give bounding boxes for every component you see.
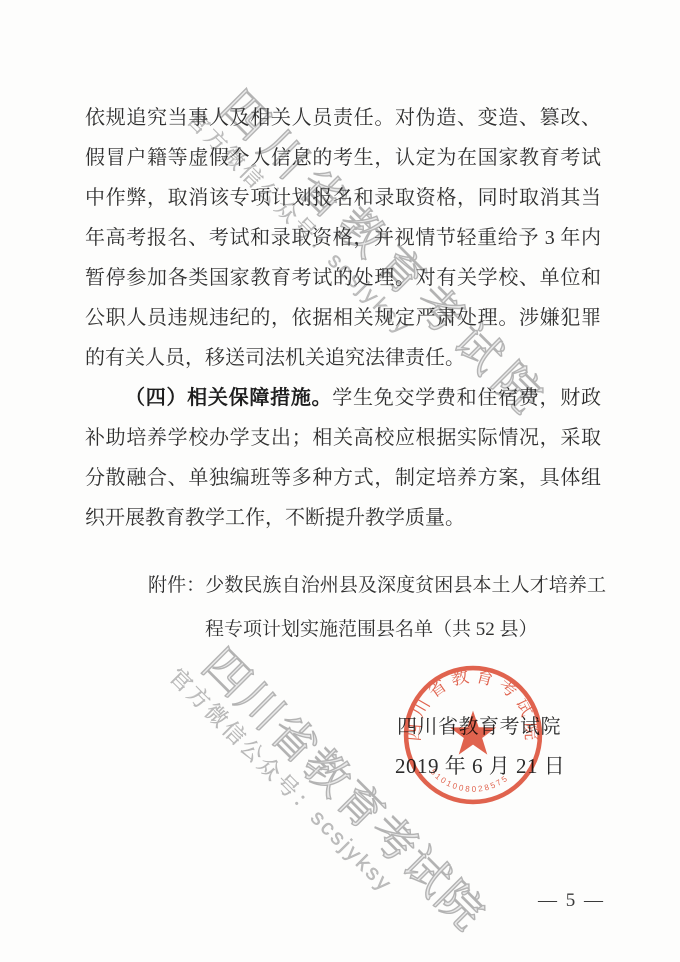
issue-date: 2019 年 6 月 21 日	[395, 750, 565, 780]
paragraph-continuation: 依规追究当事人及相关人员责任。对伪造、变造、篡改、假冒户籍等虚假个人信息的考生，…	[85, 98, 601, 378]
document-body: 依规追究当事人及相关人员责任。对伪造、变造、篡改、假冒户籍等虚假个人信息的考生，…	[85, 98, 601, 538]
attachment-note: 附件：少数民族自治州县及深度贫困县本土人才培养工程专项计划实施范围县名单（共 5…	[148, 564, 606, 652]
document-page: 四川省教育考试院 官方微信公众号：scsjyksy 四川省教育考试院 官方微信公…	[0, 0, 680, 962]
attachment-label: 附件：	[148, 575, 205, 596]
paragraph-section4: （四）相关保障措施。学生免交学费和住宿费，财政补助培养学校办学支出；相关高校应根…	[85, 378, 601, 538]
attachment-text: 少数民族自治州县及深度贫困县本土人才培养工程专项计划实施范围县名单（共 52 县…	[205, 575, 606, 640]
watermark-bottom: 四川省教育考试院 官方微信公众号：scsjyksy	[176, 640, 494, 958]
paragraph-continuation-text: 依规追究当事人及相关人员责任。对伪造、变造、篡改、假冒户籍等虚假个人信息的考生，…	[85, 107, 601, 369]
watermark-sub-text: 官方微信公众号：scsjyksy	[165, 665, 458, 958]
watermark-main-text: 四川省教育考试院	[195, 640, 494, 939]
issuer-name: 四川省教育考试院	[397, 710, 561, 739]
page-number: — 5 —	[538, 890, 605, 912]
section4-heading: （四）相关保障措施。	[125, 387, 332, 409]
